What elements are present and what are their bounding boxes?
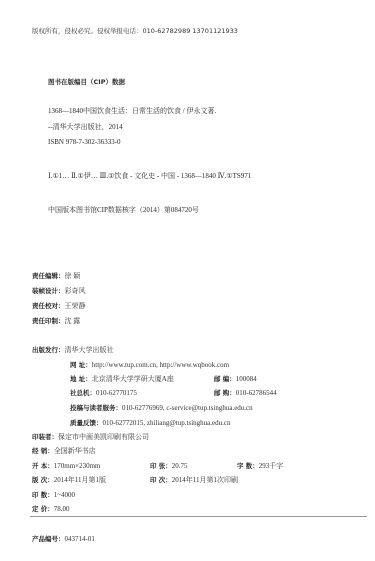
price-label: 定 价： xyxy=(32,505,54,513)
divider-rule xyxy=(30,516,367,517)
cip-record-number: 中国版本图书馆CIP数据核字（2014）第084720号 xyxy=(48,205,199,215)
words-row: 字 数：293千字 xyxy=(237,453,283,472)
price-row: 定 价：78.00 xyxy=(32,496,70,515)
cip-heading: 图书在版编目（CIP）数据 xyxy=(48,77,125,86)
copyright-notice: 版权所有，侵权必究。侵权举报电话：010-62782989 1370112193… xyxy=(32,26,238,35)
impression-row: 印 次：2014年11月第1次印刷 xyxy=(150,467,238,486)
product-number-row: 产品编号：043714-01 xyxy=(32,526,95,545)
product-number-value: 043714-01 xyxy=(65,535,95,543)
cip-publisher-line: --清华大学出版社，2014 xyxy=(48,122,123,132)
staff-print-manager-value: 沈 露 xyxy=(65,317,81,325)
impression-value: 2014年11月第1次印刷 xyxy=(172,476,238,484)
staff-print-manager-label: 责任印制： xyxy=(32,317,65,325)
words-value: 293千字 xyxy=(259,462,284,470)
staff-print-manager: 责任印制：沈 露 xyxy=(32,308,80,327)
cip-classification-line: Ⅰ.①1… Ⅱ.①伊… Ⅲ.①饮食 - 文化史 - 中国 - 1368—1840… xyxy=(48,171,251,181)
words-label: 字 数： xyxy=(237,462,259,470)
publisher-label: 出版发行： xyxy=(32,346,65,354)
impression-label: 印 次： xyxy=(150,476,172,484)
product-number-label: 产品编号： xyxy=(32,535,65,543)
cip-title-line: 1368—1840中国饮食生活：日常生活的饮食 / 伊永文著. xyxy=(48,106,216,116)
cip-isbn-line: ISBN 978-7-302-36333-0 xyxy=(48,138,121,146)
price-value: 78.00 xyxy=(54,505,70,513)
